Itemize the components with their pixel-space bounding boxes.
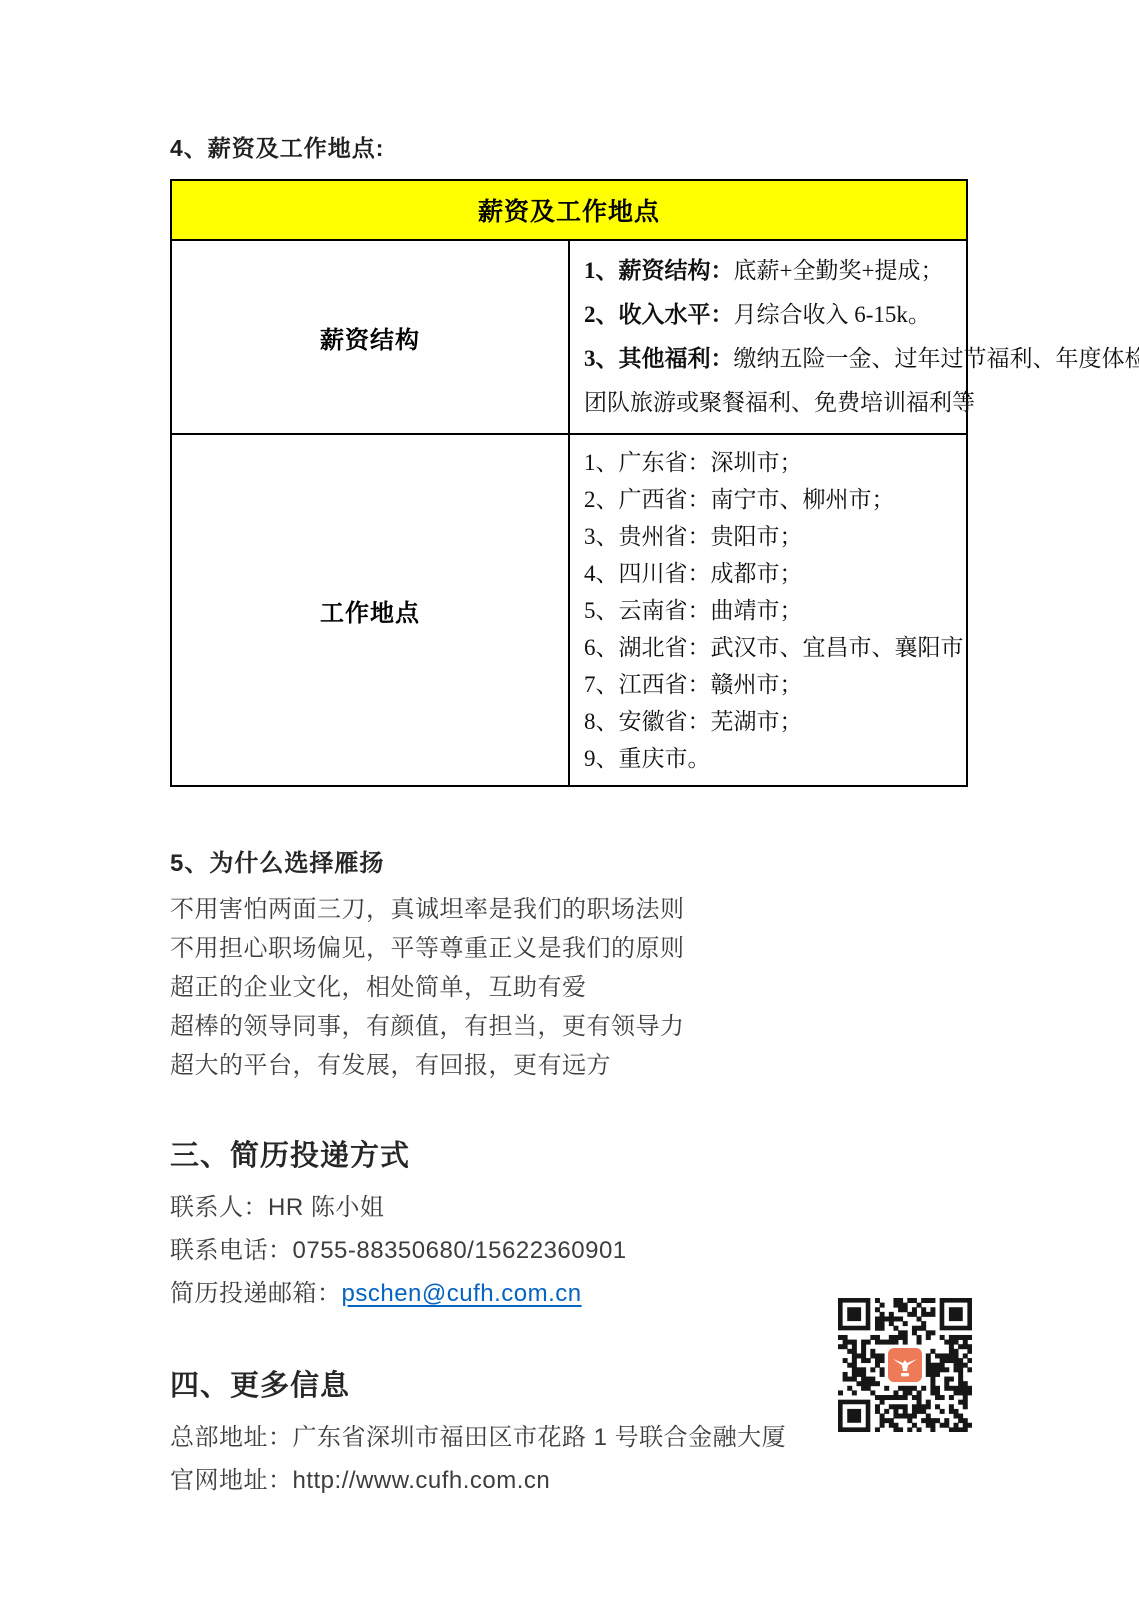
- contact-value: HR 陈小姐: [268, 1194, 384, 1221]
- section5-line: 超正的企业文化，相处简单，互助有爱: [170, 968, 980, 1007]
- salary-line-bold: 1、薪资结构：: [584, 258, 734, 283]
- salary-line: 2、收入水平：月综合收入 6-15k。: [584, 293, 952, 337]
- table-row: 薪资结构 1、薪资结构：底薪+全勤奖+提成； 2、收入水平：月综合收入 6-15…: [171, 240, 967, 434]
- salary-line: 3、其他福利：缴纳五险一金、过年过节福利、年度体检福利、: [584, 337, 952, 381]
- phone-label: 联系电话：: [170, 1237, 293, 1264]
- website-label: 官网地址：: [170, 1467, 293, 1494]
- location-line: 8、安徽省：芜湖市；: [584, 703, 952, 740]
- phone-line: 联系电话：0755-88350680/15622360901: [170, 1229, 980, 1272]
- email-label: 简历投递邮箱：: [170, 1280, 342, 1307]
- table-header-row: 薪资及工作地点: [171, 180, 967, 240]
- location-line: 4、四川省：成都市；: [584, 555, 952, 592]
- section4-heading: 4、薪资及工作地点:: [170, 130, 980, 163]
- location-line: 9、重庆市。: [584, 740, 952, 777]
- contact-line: 联系人：HR 陈小姐: [170, 1186, 980, 1229]
- address-label: 总部地址：: [170, 1424, 293, 1451]
- section5-line: 不用担心职场偏见，平等尊重正义是我们的原则: [170, 929, 980, 968]
- salary-line-bold: 3、其他福利：: [584, 346, 734, 371]
- table-header-cell: 薪资及工作地点: [171, 180, 967, 240]
- location-line: 5、云南省：曲靖市；: [584, 592, 952, 629]
- section5-heading: 5、为什么选择雁扬: [170, 843, 980, 878]
- phone-value: 0755-88350680/15622360901: [293, 1237, 627, 1264]
- contact-label: 联系人：: [170, 1194, 268, 1221]
- location-line: 3、贵州省：贵阳市；: [584, 518, 952, 555]
- location-line: 2、广西省：南宁市、柳州市；: [584, 481, 952, 518]
- address-value: 广东省深圳市福田区市花路 1 号联合金融大厦: [293, 1424, 787, 1451]
- location-line: 1、广东省：深圳市；: [584, 444, 952, 481]
- salary-line-text: 团队旅游或聚餐福利、免费培训福利等: [584, 390, 975, 415]
- salary-line: 1、薪资结构：底薪+全勤奖+提成；: [584, 249, 952, 293]
- section5-line: 超棒的领导同事，有颜值，有担当，更有领导力: [170, 1007, 980, 1046]
- resume-section-heading: 三、简历投递方式: [170, 1133, 980, 1174]
- row-label-salary-structure: 薪资结构: [171, 240, 569, 434]
- company-bird-logo-icon: [886, 1346, 924, 1384]
- table-row: 工作地点 1、广东省：深圳市； 2、广西省：南宁市、柳州市； 3、贵州省：贵阳市…: [171, 434, 967, 786]
- qr-code: [838, 1298, 972, 1432]
- section5-line: 超大的平台，有发展，有回报，更有远方: [170, 1046, 980, 1085]
- salary-line-text: 底薪+全勤奖+提成；: [734, 258, 944, 283]
- salary-structure-details: 1、薪资结构：底薪+全勤奖+提成； 2、收入水平：月综合收入 6-15k。 3、…: [569, 240, 967, 434]
- location-line: 7、江西省：赣州市；: [584, 666, 952, 703]
- salary-line-text: 缴纳五险一金、过年过节福利、年度体检福利、: [734, 346, 1139, 371]
- salary-line: 团队旅游或聚餐福利、免费培训福利等: [584, 381, 952, 425]
- website-line: 官网地址：http://www.cufh.com.cn: [170, 1459, 980, 1502]
- document-body: 4、薪资及工作地点: 薪资及工作地点 薪资结构 1、薪资结构：底薪+全勤奖+提成…: [170, 130, 980, 1502]
- website-value: http://www.cufh.com.cn: [293, 1467, 551, 1494]
- salary-location-table: 薪资及工作地点 薪资结构 1、薪资结构：底薪+全勤奖+提成； 2、收入水平：月综…: [170, 179, 968, 787]
- location-line: 6、湖北省：武汉市、宜昌市、襄阳市: [584, 629, 952, 666]
- section5-line: 不用害怕两面三刀，真诚坦率是我们的职场法则: [170, 890, 980, 929]
- work-location-details: 1、广东省：深圳市； 2、广西省：南宁市、柳州市； 3、贵州省：贵阳市； 4、四…: [569, 434, 967, 786]
- salary-line-bold: 2、收入水平：: [584, 302, 734, 327]
- email-link[interactable]: pschen@cufh.com.cn: [342, 1280, 582, 1307]
- row-label-work-location: 工作地点: [171, 434, 569, 786]
- salary-line-text: 月综合收入 6-15k。: [734, 302, 931, 327]
